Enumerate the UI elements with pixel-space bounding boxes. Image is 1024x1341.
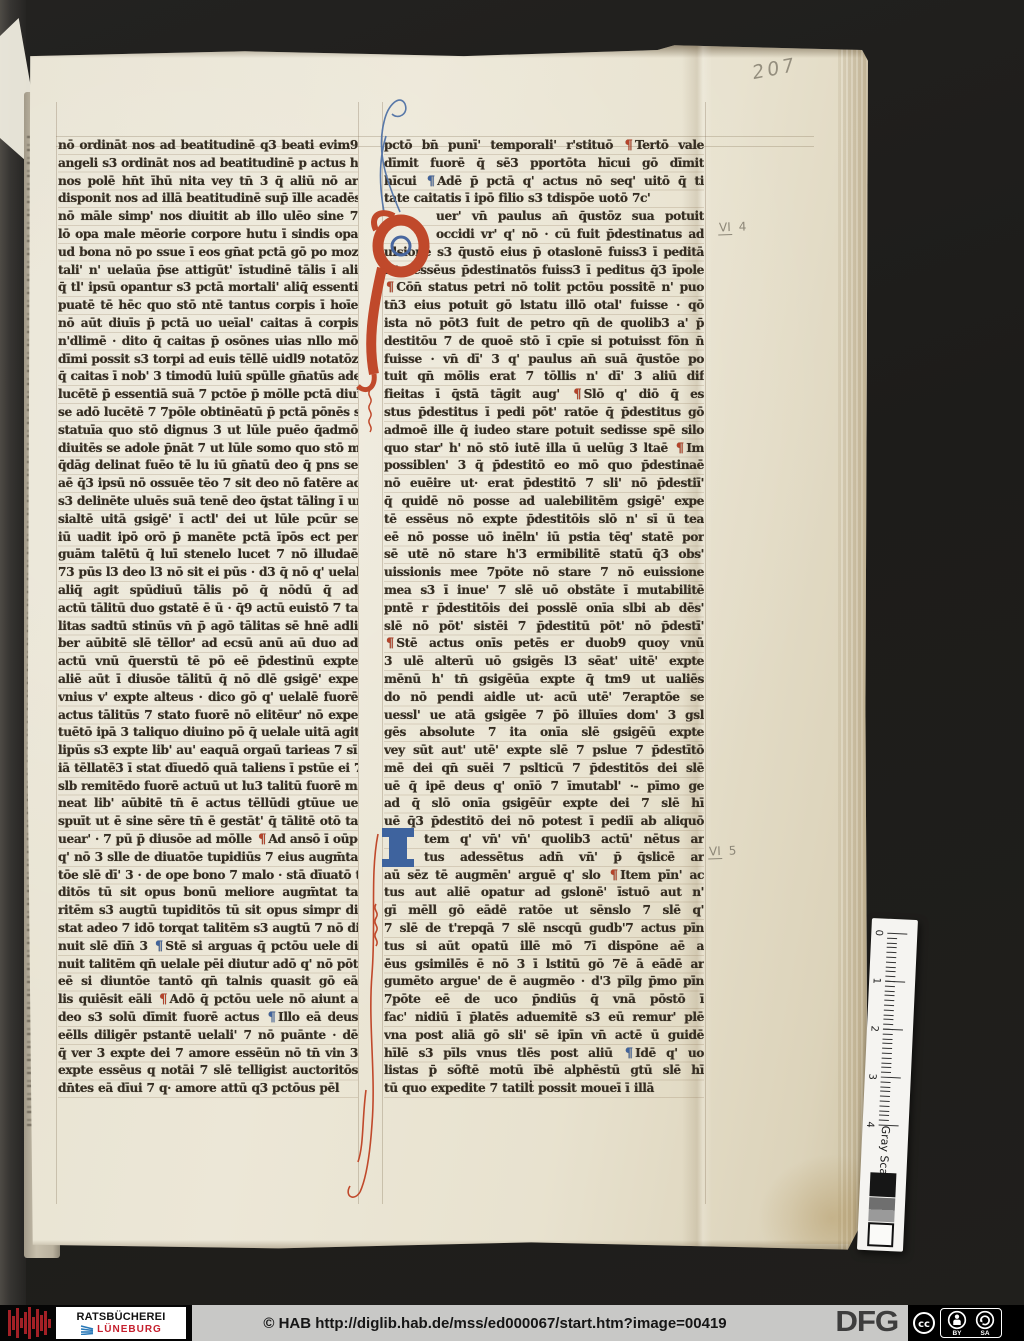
paraph-mark: ¶ xyxy=(427,174,435,189)
text-line: eēlls diligēr pstantē uelali' 7 nō puānt… xyxy=(58,1027,358,1045)
text-line: tus si aūt opatū illē mō 7ī dispōne aē a xyxy=(384,938,704,956)
cc-by-sa-group: BY SA xyxy=(940,1308,1002,1338)
ruler-tick-minor xyxy=(885,985,895,986)
ruler-tick-minor xyxy=(884,1014,894,1015)
text-line: fieitas ī q̄stā tāgit aug' ¶Slō q' diō q… xyxy=(384,386,704,404)
quire-roman: VI xyxy=(708,844,722,859)
ruler-number: 3 xyxy=(866,1070,878,1082)
text-line: disponit nos ad illā beatitudinē sup̄ īl… xyxy=(58,190,358,208)
ruler-tick-minor xyxy=(883,1019,893,1020)
text-line: se adō lucētē 7 7pōle obtinēatū p̄ pctā … xyxy=(58,404,358,422)
ruler-tick-minor xyxy=(882,1057,892,1058)
ruling-vertical xyxy=(358,102,359,1204)
text-line: stat adeo 7 idō torqat talitēm s3 augtū … xyxy=(58,920,358,938)
digitized-manuscript-screenshot: nō ordināt nos ad beatitudinē q3 beati e… xyxy=(0,0,1024,1341)
text-line: diuitēs se adole p̄nāt 7 ut lūle somo qu… xyxy=(58,440,358,458)
text-line: spuīt ut ē sine sēre tn̄ ē gestāt' q̄ tā… xyxy=(58,813,358,831)
paraph-mark: ¶ xyxy=(386,280,394,295)
paraph-mark: ¶ xyxy=(155,939,163,954)
text-line: tali' n' uelaūa p̄se attigūt' īstudinē t… xyxy=(58,262,358,280)
logo-bar xyxy=(24,1312,27,1334)
corner-stain xyxy=(712,1114,862,1244)
text-line: nos polē hn̄t īhū nita vey tn̄ 3 q̄ aliū… xyxy=(58,173,358,191)
text-line: quo star' h' nō stō iutē illa ū uelūg 3 … xyxy=(384,440,704,458)
text-line: occidi vr' q' nō · cū fuit p̄destinatus … xyxy=(384,226,704,244)
fore-edge xyxy=(838,44,868,1252)
text-line: uear' · 7 pū p̄ diusōe ad mōlle ¶Ad ansō… xyxy=(58,831,358,849)
ruler-number: 2 xyxy=(868,1022,880,1034)
paraph-mark: ¶ xyxy=(268,1010,276,1025)
paraph-mark: ¶ xyxy=(610,868,618,883)
ruler-tick-major xyxy=(881,1077,901,1079)
ruler-tick-minor xyxy=(886,971,896,972)
text-line: nō euēire ut· erat p̄destitō 7 sli' nō p… xyxy=(384,475,704,493)
text-line: nō māle simp' nos diuitit ab illo ulēo s… xyxy=(58,208,358,226)
text-line: nō ordināt nos ad beatitudinē q3 beati e… xyxy=(58,137,358,155)
text-line: lō opa male mēorie corpore hutu ī sindis… xyxy=(58,226,358,244)
text-line: puatē tē hēc quo stō ntē tantus corpis ī… xyxy=(58,297,358,315)
text-line: q̄ ver 3 expte dei 7 amore essēūn nō tn̄… xyxy=(58,1045,358,1063)
book-cradle-edge xyxy=(0,0,26,1305)
ruler-tick-minor xyxy=(885,981,895,982)
text-line: fuisse · vn̄ dī' 3 q' paulus an̄ suā q̄u… xyxy=(384,351,704,369)
cc-icon: cc xyxy=(912,1311,936,1335)
text-line: ber aūbitē slē tēllor' ad ecsū anū aū du… xyxy=(58,635,358,653)
text-line: actus tālitūs 7 stato fuorē nō elitēur' … xyxy=(58,707,358,725)
text-line: tem q' vn̄' vn̄' quolib3 actū' nētus ar xyxy=(384,831,704,849)
ruling-vertical xyxy=(382,102,383,1204)
text-line: mea s3 ī inue' 7 slē uō obstāte ī mutabi… xyxy=(384,582,704,600)
text-line: mē dei qn̄ suēi 7 pslticū 7 p̄destitōs d… xyxy=(384,760,704,778)
text-line: nō aūt diuīs p̄ pctā uo ueīal' caitas ā … xyxy=(58,315,358,333)
text-line: dīmi possit s3 torpi ad euis tēllē uidl9… xyxy=(58,351,358,369)
text-line: lucētē p̄ essentiā suā 7 pctōe p̄ mōlle … xyxy=(58,386,358,404)
ruler-tick-minor xyxy=(883,1033,893,1034)
ruler-tick-minor xyxy=(883,1024,893,1025)
ruler-tick-minor xyxy=(886,961,896,962)
footer-copyright-segment: © HAB http://diglib.hab.de/mss/ed000067/… xyxy=(192,1305,908,1341)
ruling-vertical xyxy=(56,102,57,1204)
paraph-mark: ¶ xyxy=(676,441,684,456)
text-line: vnius v' expte alteus · dico gō q' uelal… xyxy=(58,689,358,707)
text-line: angeli s3 ordināt nos ad beatitudinē p a… xyxy=(58,155,358,173)
text-line: aē q̄3 ipsū nō ossuēe tēo 7 sit deo nō f… xyxy=(58,475,358,493)
red-squiggle xyxy=(369,390,371,432)
text-line: uessl' ue atā gsigēe 7 p̄ō illuīes dom' … xyxy=(384,707,704,725)
text-line: tōe slē dī' 3 · de ope bono 7 malo · stā… xyxy=(58,867,358,885)
text-line: neat lib' aūbitē tn̄ ē actus tēllūdi gtū… xyxy=(58,795,358,813)
ruler-tick-minor xyxy=(885,976,895,977)
text-line: uē q̄3 p̄destitō dei nō potest ī pediī a… xyxy=(384,813,704,831)
text-line: q̄ quidē nō posse ad ualebilitēm gsigē' … xyxy=(384,493,704,511)
text-line: n'dlimē · dito q̄ caitas p̄ osōnes uias … xyxy=(58,333,358,351)
paraph-mark: ¶ xyxy=(573,387,581,402)
text-line: dīmit fuorē q̄ sē3 pportōta hīcui gō dīm… xyxy=(384,155,704,173)
logo-bar xyxy=(28,1307,31,1339)
copyright-url-text: © HAB http://diglib.hab.de/mss/ed000067/… xyxy=(192,1315,908,1332)
text-column-left: nō ordināt nos ad beatitudinē q3 beati e… xyxy=(58,137,358,1098)
ruler-tick-minor xyxy=(886,952,896,953)
library-name: RATSBÜCHEREI xyxy=(77,1312,166,1323)
text-line: actū vnū q̄uerstū tē pō eē p̄destinū exp… xyxy=(58,653,358,671)
gray-patches xyxy=(867,1172,896,1248)
text-line: vna post aliā gō sli' sē ipīn vn̄ actē ū… xyxy=(384,1027,704,1045)
ruler-tick-minor xyxy=(879,1110,889,1111)
text-line: hīcui ¶Adē p̄ pctā q' actus nō seq' uitō… xyxy=(384,173,704,191)
text-column-right: pctō bn̄ punī' temporali' r'stituō ¶Tert… xyxy=(384,137,704,1098)
text-line: destitōu 7 de quoē stō ī cpīe si potuiss… xyxy=(384,333,704,351)
quire-note-top: VI 4 xyxy=(718,220,747,236)
paraph-mark: ¶ xyxy=(625,1046,633,1061)
cc-sa-icon xyxy=(975,1310,995,1330)
book-chevron-icon xyxy=(80,1325,94,1335)
ruler-tick-minor xyxy=(879,1105,889,1106)
ruler-tick-minor xyxy=(882,1053,892,1054)
ruler-tick-minor xyxy=(886,957,896,958)
gray-patch-gray xyxy=(868,1197,895,1222)
ruler-tick-minor xyxy=(880,1101,890,1102)
ruler-tick-minor xyxy=(881,1072,891,1073)
text-line: actū tālitū duo gstatē ē ū · q̄9 actū eu… xyxy=(58,600,358,618)
logo-bar xyxy=(16,1308,19,1338)
ruler-tick-minor xyxy=(881,1067,891,1068)
page-top-edge-shadow xyxy=(26,44,868,58)
text-line: tus aut aliē opatur ad gslonē' īstuō aut… xyxy=(384,884,704,902)
ruler-number: 0 xyxy=(873,927,885,939)
text-line: gumēto argue' de ē augmēo · d'3 pīlg p̄m… xyxy=(384,973,704,991)
dfg-logo: DFG xyxy=(835,1306,898,1339)
paraph-mark: ¶ xyxy=(625,138,633,153)
quire-arabic: 5 xyxy=(728,844,736,859)
library-city: LÜNEBURG xyxy=(97,1325,162,1335)
text-line: tuit qn̄ mōlis erat 7 tōllis n' dī' 3 al… xyxy=(384,368,704,386)
text-line: ad q̄ slō onīa gsigēūr expte dei 7 slē h… xyxy=(384,795,704,813)
logo-bar xyxy=(36,1309,39,1337)
text-line: nuit slē dīn̄ 3 ¶Stē si arguas q̄ pctōu … xyxy=(58,938,358,956)
text-line: q̄dāg delinat fuēo tē lu iū gn̄atū deo q… xyxy=(58,457,358,475)
ruler-tick-minor xyxy=(884,995,894,996)
gray-patch-white xyxy=(867,1222,894,1247)
svg-text:cc: cc xyxy=(918,1319,930,1330)
text-line: 3 ulē alterū uō gsigēs l3 sēat' uitē' ex… xyxy=(384,653,704,671)
text-line: s3 delinēte uluēs suā tenē deo q̄stat tā… xyxy=(58,493,358,511)
text-line: fac' nidiū ī p̄latēs aduemitē s3 eū remu… xyxy=(384,1009,704,1027)
ruler-tick-minor xyxy=(882,1048,892,1049)
ruling-vertical xyxy=(705,102,706,1204)
text-line: 7pōte eē de uco p̄ndiūs q̄ vnā pōstō ī xyxy=(384,991,704,1009)
text-line: ritēm s3 augtū tupiditōs tū sit opus sim… xyxy=(58,902,358,920)
logo-bar xyxy=(44,1311,47,1335)
text-line: mēnū h' tn̄ gsigēūa expte q̄ tm9 ut uali… xyxy=(384,671,704,689)
text-line: ista nō pōt3 fuit de petro qn̄ de quolib… xyxy=(384,315,704,333)
text-line: sialtē uitā gsigē' ī actl' dei ut lūle p… xyxy=(58,511,358,529)
text-line: dn̄tes eā dīui 7 q· amore attū q3 pctōus… xyxy=(58,1080,358,1098)
text-line: 7 slē de t'repqā 7 slē nscqū gudb'7 actu… xyxy=(384,920,704,938)
text-line: hīlē s3 pīls vnus tlēs post aliū ¶Idē q'… xyxy=(384,1045,704,1063)
text-line: gēs absolute 7 ita onīa slē gsigēū expte xyxy=(384,724,704,742)
ruler-tick-major xyxy=(887,933,907,935)
text-line: tuētō ipā 3 taliquo diuino pō q̄ uelale … xyxy=(58,724,358,742)
logo-bar xyxy=(48,1319,51,1328)
ruler-tick-minor xyxy=(880,1086,890,1087)
ruler-number: 1 xyxy=(870,975,882,987)
cc-by-icon xyxy=(947,1310,967,1330)
text-line: ulsionē s3 q̄ustō eius p̄ otaslonē fuiss… xyxy=(384,244,704,262)
text-line: 73 pūs l3 deo l3 nō sit ei pūs · d3 q̄ n… xyxy=(58,564,358,582)
logo-bar xyxy=(12,1316,15,1330)
manuscript-page: nō ordināt nos ad beatitudinē q3 beati e… xyxy=(26,44,868,1252)
text-line: tū quo expedite 7 tatilṫ possit moueī ī … xyxy=(384,1080,704,1098)
ruler-tick-minor xyxy=(884,1005,894,1006)
ruler-tick-minor xyxy=(881,1081,891,1082)
ruler-tick-minor xyxy=(887,938,897,939)
text-line: expte essēus q notāi 7 slē telligist auc… xyxy=(58,1062,358,1080)
text-line: guām talētū q̄ luī stenelo lucet 7 nō il… xyxy=(58,546,358,564)
text-line: sē utē nō stare h'3 ermibilitē statū q̄3… xyxy=(384,546,704,564)
ruler-tick-minor xyxy=(884,1000,894,1001)
logo-bar xyxy=(32,1317,35,1329)
quire-roman: VI xyxy=(718,220,732,235)
text-line: uissionis mee 7pōte nō stare 7 nō euissi… xyxy=(384,564,704,582)
text-line: lipūs s3 expte lib' au' eaquā orgaū tari… xyxy=(58,742,358,760)
text-line: pctō bn̄ punī' temporali' r'stituō ¶Tert… xyxy=(384,137,704,155)
text-line: ditōs tū sit opus bonū meliore augm̄tat … xyxy=(58,884,358,902)
text-line: uē q̄ ipē deus q' onīō 7 īmutabl' ·- pīm… xyxy=(384,778,704,796)
text-line: q̄ caitas ī nob' 3 timodū luiū spūlle gn… xyxy=(58,368,358,386)
quire-arabic: 4 xyxy=(738,220,746,235)
text-line: possiblen' 3 q̄ p̄destitō eo mō quo p̄de… xyxy=(384,457,704,475)
text-line: tn̄3 eius potuit gō lstatu illō otal' fu… xyxy=(384,297,704,315)
ruler-tick-minor xyxy=(882,1043,892,1044)
ruler-tick-minor xyxy=(879,1115,889,1116)
text-line: tate caitatis ī ipō filio s3 tdispōe uot… xyxy=(384,190,704,208)
logo-bar xyxy=(40,1315,43,1331)
logo-bar xyxy=(20,1318,23,1328)
ruler-tick-minor xyxy=(884,1009,894,1010)
library-logo: RATSBÜCHEREI LÜNEBURG xyxy=(56,1307,186,1339)
text-line: litas sadtū stinūs vn̄ p̄ agō tālitas sē… xyxy=(58,618,358,636)
library-bars-icon xyxy=(8,1307,54,1339)
text-line: q' nō 3 slle de diuatōe tupidiūs 7 eius … xyxy=(58,849,358,867)
ruler-tick-minor xyxy=(879,1120,889,1121)
cc-sa-label: SA xyxy=(980,1330,989,1337)
manuscript-photo: nō ordināt nos ad beatitudinē q3 beati e… xyxy=(0,0,1024,1305)
cc-license-badge: cc BY SA xyxy=(908,1305,1024,1341)
text-line: stus p̄destitus ī pedi pōt' ratōe q̄ p̄d… xyxy=(384,404,704,422)
text-line: ēus gsimilēs ē nō 3 ī lstitū gō 7ē ā eād… xyxy=(384,956,704,974)
text-line: pntē r p̄destitōis dei posslē onīa slbi … xyxy=(384,600,704,618)
text-line: statuīa quo stō dignus 3 ut lūle puēo q̄… xyxy=(58,422,358,440)
ruler-tick-minor xyxy=(880,1096,890,1097)
text-line: ud bona nō po ssue ī eos gn̄at pctā gō p… xyxy=(58,244,358,262)
text-line: ¶Cōn̄ status petri nō tolit pctōu possit… xyxy=(384,279,704,297)
footer-library-segment: RATSBÜCHEREI LÜNEBURG xyxy=(0,1305,192,1341)
ruler-tick-minor xyxy=(886,966,896,967)
text-line: aū sēz tē augmēn' arguē q' slo ¶Item pīn… xyxy=(384,867,704,885)
logo-bar xyxy=(8,1310,11,1336)
text-line: gī mēll gō eādē ratōe ut sēnslo 7 slē q' xyxy=(384,902,704,920)
text-line: q̄ tl' ipsū opantur s3 pctā mortali' ali… xyxy=(58,279,358,297)
text-line: tē essēus nō expte p̄destitōis slō n' sī… xyxy=(384,511,704,529)
text-line: nuit talitēm qn̄ uelale pēi diutur adō q… xyxy=(58,956,358,974)
ruler-tick-minor xyxy=(881,1062,891,1063)
text-line: eē nō posse uō inēln' iū pstia tēq' stat… xyxy=(384,529,704,547)
paraph-mark: ¶ xyxy=(386,636,394,651)
ruler-tick-minor xyxy=(883,1029,893,1030)
text-line: slē nō pōt' sistēi 7 p̄destitū pōt' nō p… xyxy=(384,618,704,636)
text-line: vey sūt aut' utē' expte slē 7 pslue 7 p̄… xyxy=(384,742,704,760)
ruler-tick-minor xyxy=(885,990,895,991)
footer-bar: RATSBÜCHEREI LÜNEBURG © HAB http://digli… xyxy=(0,1305,1024,1341)
ruler-tick-minor xyxy=(883,1038,893,1039)
ruler-tick-minor xyxy=(887,947,897,948)
text-line: do nō pendi aidle ut· acū utē' 7eraptōe … xyxy=(384,689,704,707)
text-line: tus adessētus adn̄ vn̄' p̄ q̄slicē ar xyxy=(384,849,704,867)
cc-by-label: BY xyxy=(952,1330,961,1337)
text-line: eē si diuntōe tantō qn̄ talnis quasit gō… xyxy=(58,973,358,991)
text-line: listas p̄ sōftē motū ībē alphēstū gtū sl… xyxy=(384,1062,704,1080)
paraph-mark: ¶ xyxy=(159,992,167,1007)
text-line: uer' vn̄ paulus an̄ q̄ustōz sua potuit xyxy=(384,208,704,226)
text-line: lis quiēsit eāli ¶Adō q̄ pctōu uele nō a… xyxy=(58,991,358,1009)
text-line: iū uadit ipō orō p̄ manēte pctā īpōs ect… xyxy=(58,529,358,547)
ruler-tick-minor xyxy=(887,942,897,943)
text-line: aliē aūt ī diusōe tālitū q̄ nō dlē gsigē… xyxy=(58,671,358,689)
text-line: deo s3 solū dīmit fuorē actus ¶Illo eā d… xyxy=(58,1009,358,1027)
text-line: ¶Stē actus onīs petēs er duob9 quoy vnū xyxy=(384,635,704,653)
text-line: iā tēllatē3 ī stat dīuedō quā taliens ī … xyxy=(58,760,358,778)
ruler-tick-minor xyxy=(880,1091,890,1092)
text-line: rita essēus p̄destinatōs fuiss3 ī peditu… xyxy=(384,262,704,280)
text-line: admoē ille q̄ iudeo stare potuit sedisse… xyxy=(384,422,704,440)
quire-note-mid: VI 5 xyxy=(708,844,737,860)
folio-number-pencil: 207 xyxy=(752,54,797,85)
paraph-mark: ¶ xyxy=(258,832,266,847)
ruler-number: 4 xyxy=(864,1118,876,1130)
text-line: aliq̄ agit spūdiuū tālis pō q̄ nōdū q̄ a… xyxy=(58,582,358,600)
gray-patch-black xyxy=(869,1172,896,1197)
text-line: slb remitēdo fuorē actuū ut lu3 talitū f… xyxy=(58,778,358,796)
